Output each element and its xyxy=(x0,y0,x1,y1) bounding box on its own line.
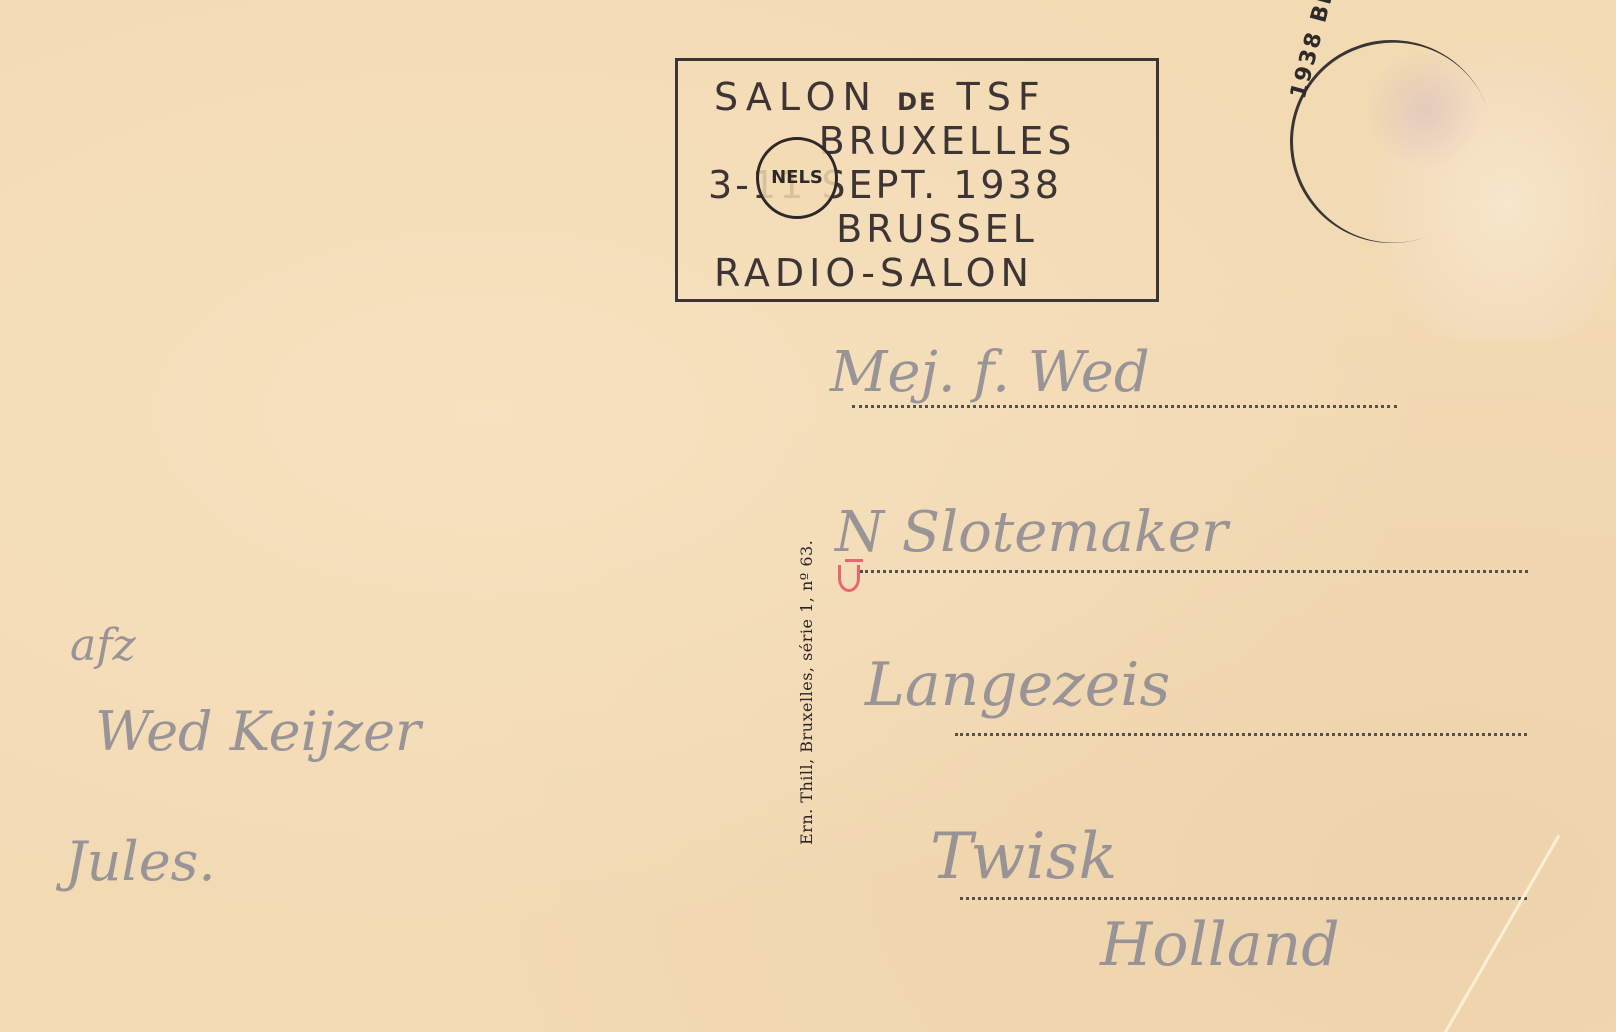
postmark-line-5: RADIO-SALON xyxy=(714,253,1156,293)
address-line-1: Mej. f. Wed xyxy=(830,340,1150,405)
address-dotline-2 xyxy=(860,570,1528,573)
sender-line-1: afz xyxy=(70,620,136,671)
address-line-5: Holland xyxy=(1100,910,1340,980)
nels-logo-icon: NELS xyxy=(756,137,838,219)
sender-line-2: Wed Keijzer xyxy=(95,700,421,763)
address-dotline-1 xyxy=(852,405,1397,408)
address-dotline-3 xyxy=(955,733,1527,736)
postcard-back: SALON DE TSF BRUXELLES 3-11 SEPT. 1938 B… xyxy=(0,0,1616,1032)
postmark-line-1: SALON DE TSF xyxy=(714,77,1156,122)
address-line-3: Langezeis xyxy=(865,650,1170,720)
address-dotline-4 xyxy=(960,897,1527,900)
red-pencil-mark xyxy=(838,565,860,592)
address-line-4: Twisk xyxy=(930,820,1117,894)
publisher-imprint: Ern. Thill, Bruxelles, série 1, nº 63. xyxy=(797,540,816,845)
paper-crease xyxy=(1443,835,1561,1032)
sender-line-3: Jules. xyxy=(65,830,216,893)
address-line-2: N Slotemaker xyxy=(835,500,1228,565)
slogan-postmark: SALON DE TSF BRUXELLES 3-11 SEPT. 1938 B… xyxy=(675,58,1159,302)
postmark-tsf: TSF xyxy=(957,75,1047,119)
postmark-de: DE xyxy=(897,88,937,116)
postmark-salon: SALON xyxy=(714,75,878,119)
